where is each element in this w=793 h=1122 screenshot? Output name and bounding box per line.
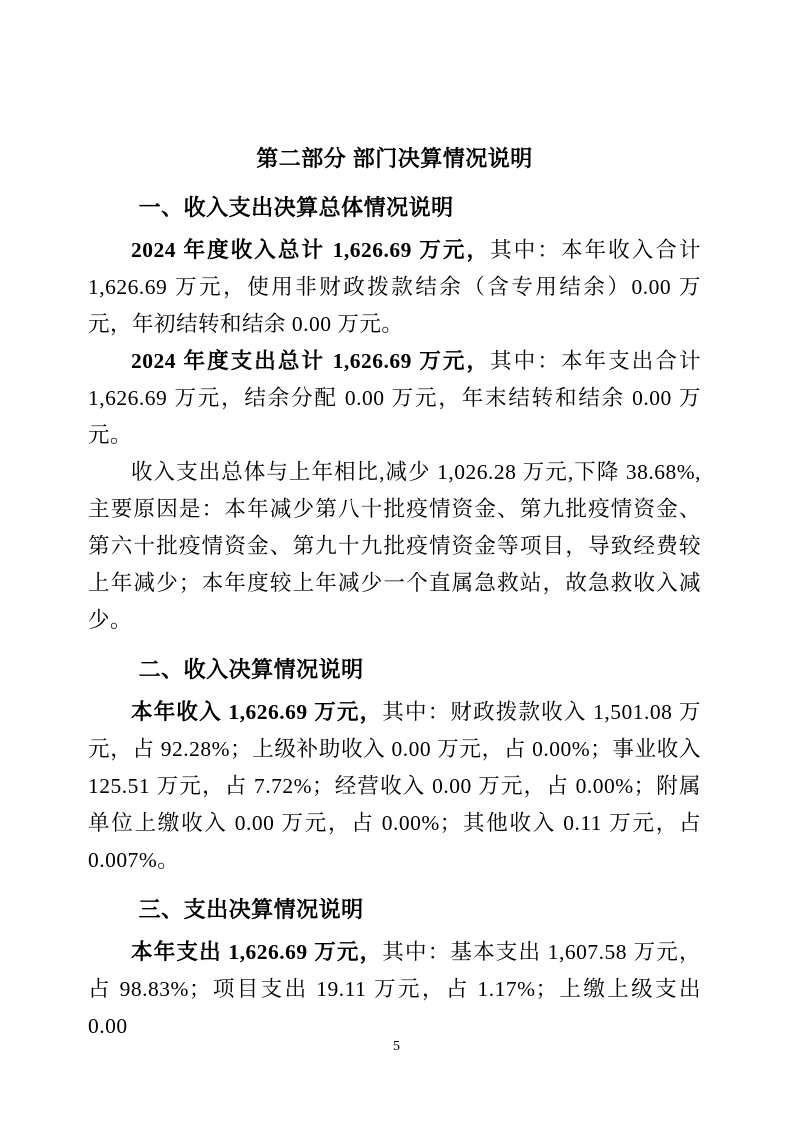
paragraph-lead: 本年支出 1,626.69 万元， bbox=[131, 940, 382, 964]
paragraph: 2024 年度支出总计 1,626.69 万元，其中：本年支出合计 1,626.… bbox=[88, 343, 701, 454]
section-expenditure-details: 三、支出决算情况说明 本年支出 1,626.69 万元，其中：基本支出 1,60… bbox=[88, 891, 701, 1045]
section-revenue-details: 二、收入决算情况说明 本年收入 1,626.69 万元，其中：财政拨款收入 1,… bbox=[88, 651, 701, 879]
paragraph-text: 其中：财政拨款收入 1,501.08 万元，占 92.28%；上级补助收入 0.… bbox=[88, 700, 701, 872]
document-page: 第二部分 部门决算情况说明 一、收入支出决算总体情况说明 2024 年度收入总计… bbox=[0, 0, 793, 1122]
page-number: 5 bbox=[0, 1038, 793, 1056]
section-overall-revenue-expenditure: 一、收入支出决算总体情况说明 2024 年度收入总计 1,626.69 万元，其… bbox=[88, 189, 701, 639]
paragraph: 2024 年度收入总计 1,626.69 万元，其中：本年收入合计 1,626.… bbox=[88, 232, 701, 343]
paragraph-lead: 本年收入 1,626.69 万元， bbox=[131, 700, 382, 724]
paragraph-lead: 2024 年度支出总计 1,626.69 万元， bbox=[131, 349, 490, 373]
document-content: 第二部分 部门决算情况说明 一、收入支出决算总体情况说明 2024 年度收入总计… bbox=[88, 140, 701, 1045]
section-heading: 二、收入决算情况说明 bbox=[88, 651, 701, 688]
section-heading: 一、收入支出决算总体情况说明 bbox=[88, 189, 701, 226]
paragraph: 收入支出总体与上年相比,减少 1,026.28 万元,下降 38.68%,主要原… bbox=[88, 454, 701, 639]
paragraph-lead: 2024 年度收入总计 1,626.69 万元， bbox=[131, 238, 490, 262]
document-title: 第二部分 部门决算情况说明 bbox=[88, 140, 701, 177]
paragraph: 本年支出 1,626.69 万元，其中：基本支出 1,607.58 万元，占 9… bbox=[88, 934, 701, 1045]
paragraph: 本年收入 1,626.69 万元，其中：财政拨款收入 1,501.08 万元，占… bbox=[88, 694, 701, 879]
section-heading: 三、支出决算情况说明 bbox=[88, 891, 701, 928]
paragraph-text: 收入支出总体与上年相比,减少 1,026.28 万元,下降 38.68%,主要原… bbox=[88, 460, 701, 632]
